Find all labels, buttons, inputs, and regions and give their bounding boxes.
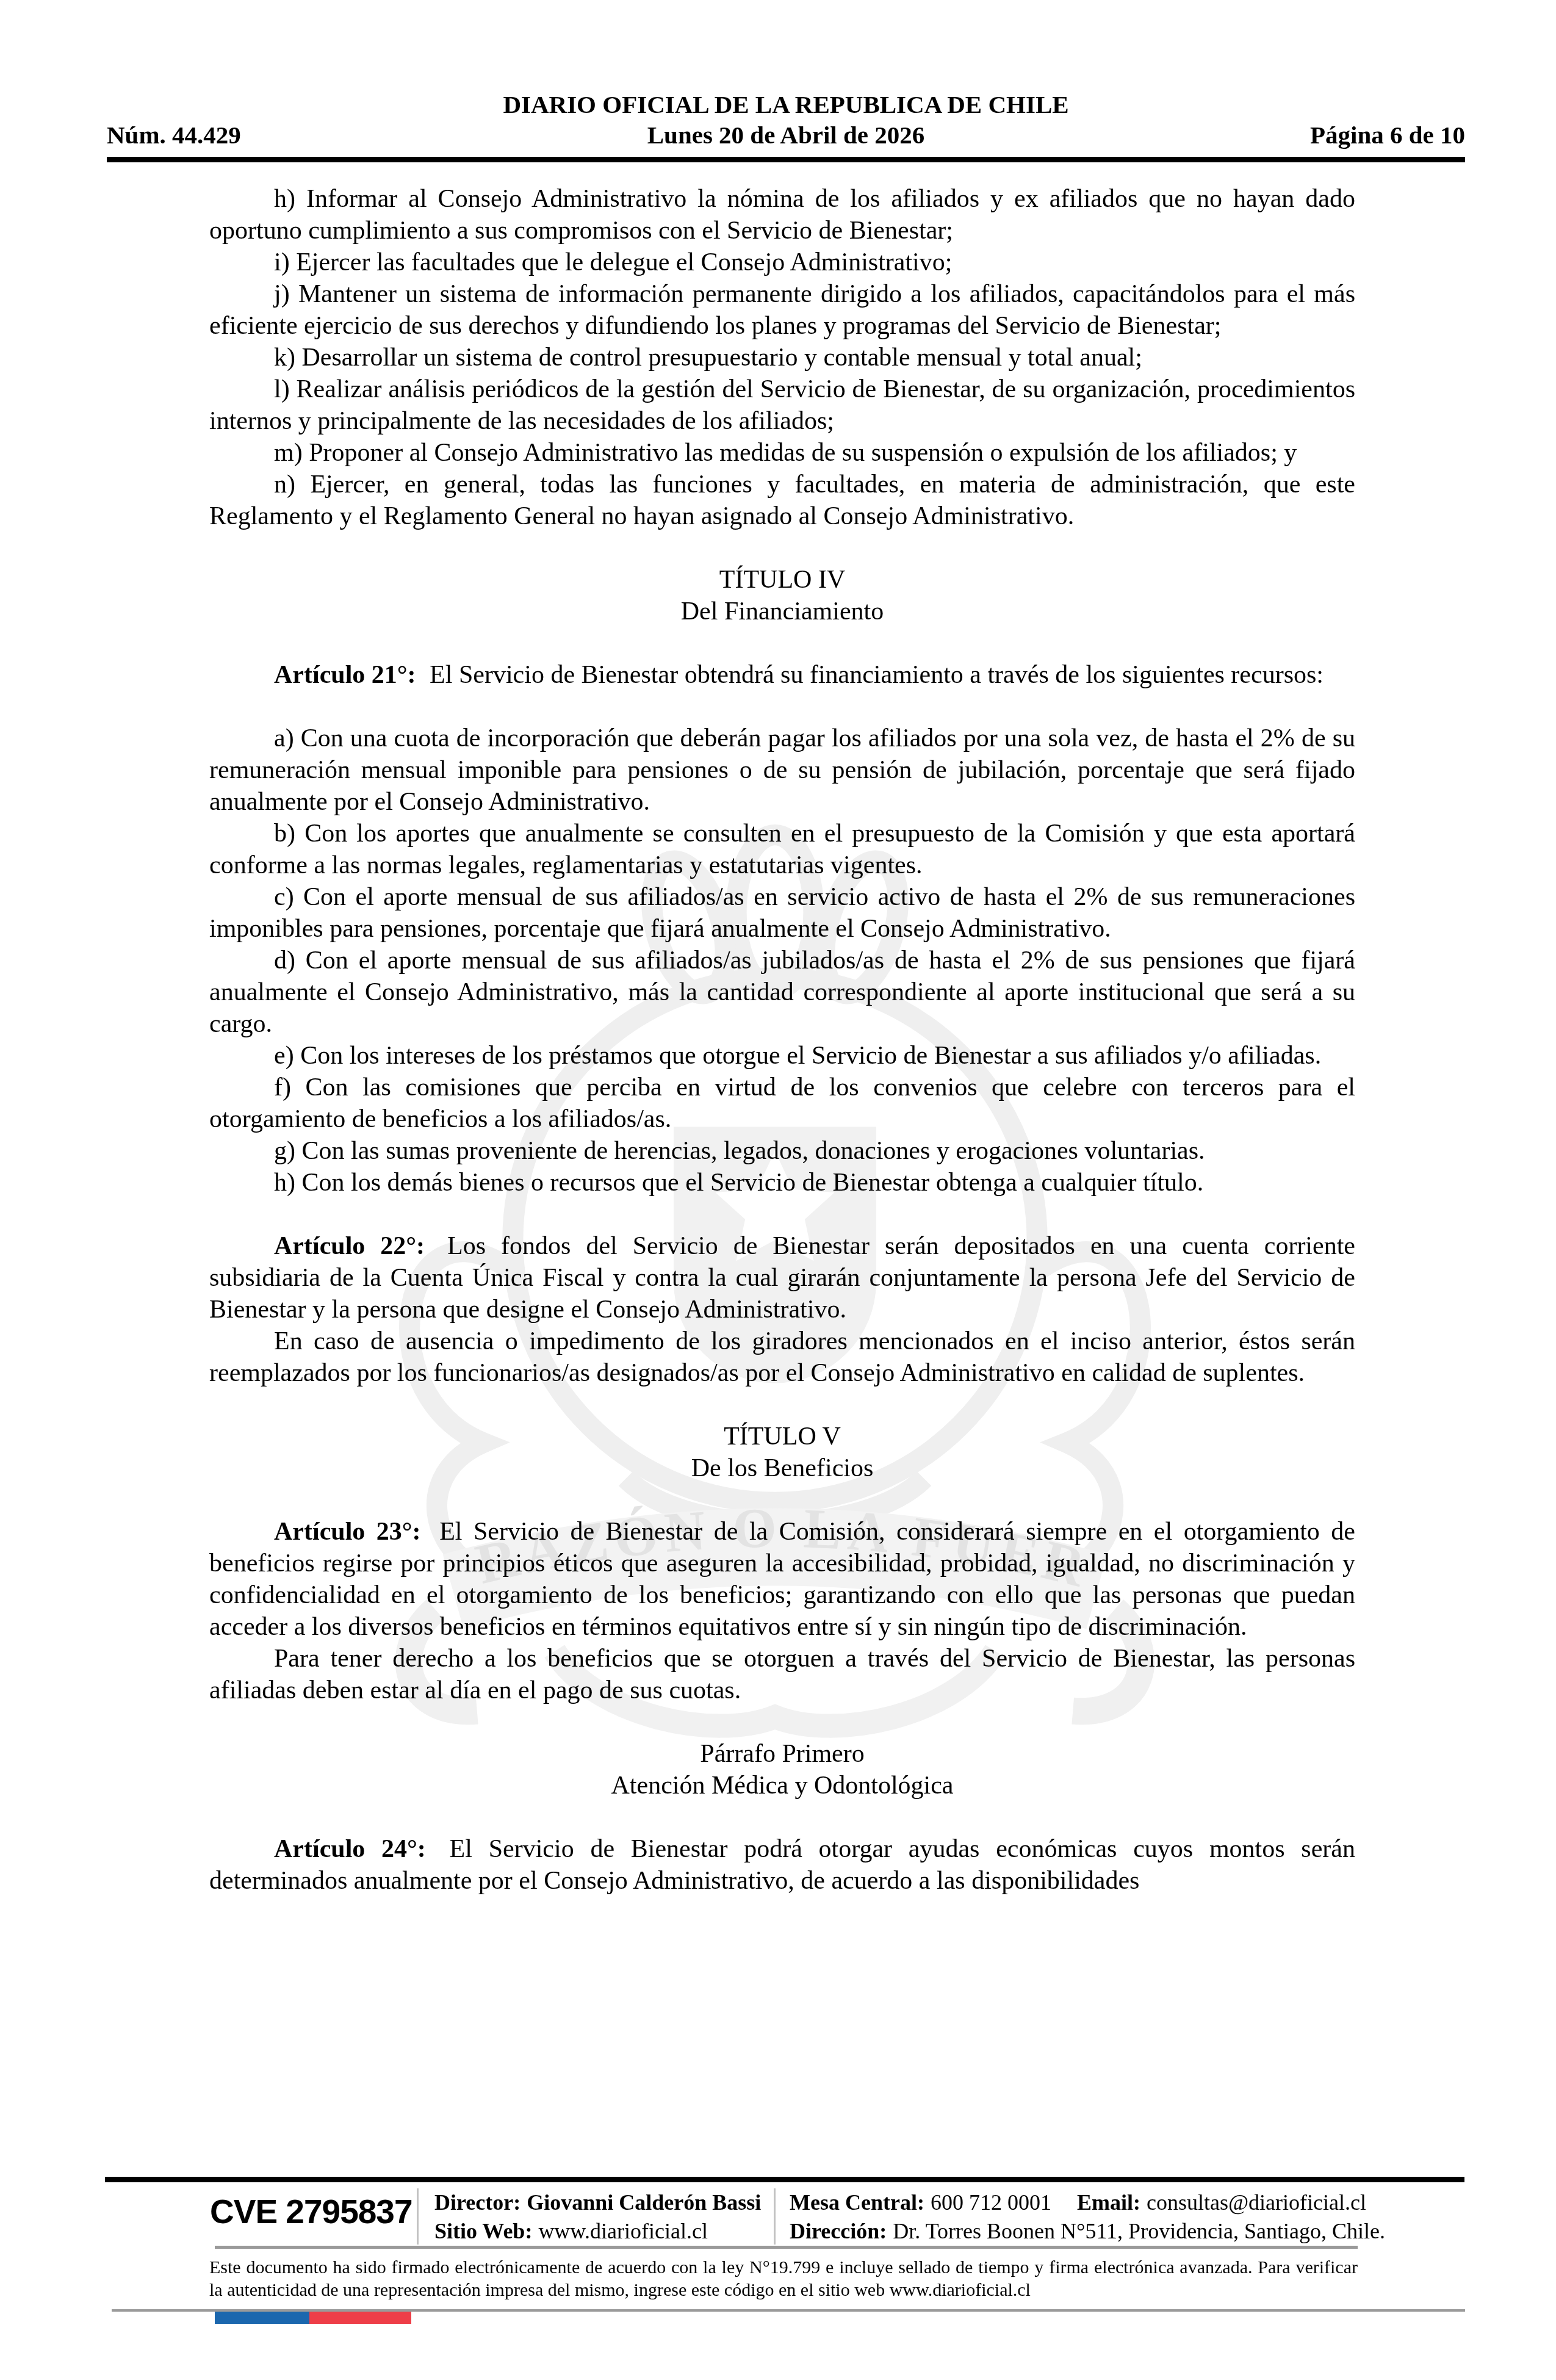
paragraph: n) Ejercer, en general, todas las funcio… [209,469,1355,532]
website-line: Sitio Web:www.diarioficial.cl [434,2217,761,2246]
cve-code: CVE 2795837 [210,2192,412,2231]
address-value: Dr. Torres Boonen N°511, Providencia, Sa… [893,2219,1385,2243]
paragraph: Artículo 24°: El Servicio de Bienestar p… [209,1833,1355,1897]
footer-director-column: Director:Giovanni Calderón Bassi Sitio W… [434,2188,761,2246]
flag-blue [215,2312,309,2324]
paragraph: d) Con el aporte mensual de sus afiliado… [209,945,1355,1040]
section-heading: Párrafo PrimeroAtención Médica y Odontol… [209,1738,1355,1801]
paragraph: m) Proponer al Consejo Administrativo la… [209,437,1355,469]
footer-divider-1 [417,2188,419,2245]
heading-line: TÍTULO V [209,1421,1355,1452]
website-url: www.diarioficial.cl [538,2219,708,2243]
paragraph: j) Mantener un sistema de información pe… [209,278,1355,342]
flag-red [309,2312,411,2324]
director-label: Director: [434,2190,520,2215]
header-meta-row: Núm. 44.429 Lunes 20 de Abril de 2026 Pá… [107,121,1465,149]
page-header: DIARIO OFICIAL DE LA REPUBLICA DE CHILE … [107,90,1465,162]
article-label: Artículo 22°: [274,1232,425,1260]
paragraph: g) Con las sumas proveniente de herencia… [209,1135,1355,1167]
publication-title: DIARIO OFICIAL DE LA REPUBLICA DE CHILE [107,90,1465,118]
paragraph: k) Desarrollar un sistema de control pre… [209,342,1355,373]
paragraph: i) Ejercer las facultades que le delegue… [209,247,1355,278]
paragraph: b) Con los aportes que anualmente se con… [209,818,1355,881]
article-label: Artículo 21°: [274,661,416,689]
section-heading: TÍTULO VDe los Beneficios [209,1421,1355,1484]
heading-line: TÍTULO IV [209,564,1355,596]
page-indicator: Página 6 de 10 [924,121,1465,149]
publication-date: Lunes 20 de Abril de 2026 [647,121,924,149]
phone-number: 600 712 0001 [931,2190,1051,2215]
document-body: h) Informar al Consejo Administrativo la… [209,183,1355,1897]
article-label: Artículo 24°: [274,1835,426,1863]
heading-line: De los Beneficios [209,1452,1355,1484]
document-page: LA RAZÓN O LA FUERZA DIARIO OFICIAL DE L… [0,0,1556,2380]
article-label: Artículo 23°: [274,1518,421,1546]
paragraph: Artículo 21°: El Servicio de Bienestar o… [209,659,1355,691]
website-label: Sitio Web: [434,2219,532,2243]
paragraph: c) Con el aporte mensual de sus afiliado… [209,881,1355,945]
paragraph: Artículo 22°: Los fondos del Servicio de… [209,1230,1355,1325]
paragraph: l) Realizar análisis periódicos de la ge… [209,373,1355,437]
director-name: Giovanni Calderón Bassi [527,2190,761,2215]
heading-line: Párrafo Primero [209,1738,1355,1770]
footer-contact-column: Mesa Central:600 712 0001Email:consultas… [790,2188,1385,2246]
paragraph: En caso de ausencia o impedimento de los… [209,1325,1355,1389]
section-heading: TÍTULO IVDel Financiamiento [209,564,1355,627]
email-address: consultas@diarioficial.cl [1147,2190,1366,2215]
header-rule [107,157,1465,162]
heading-line: Del Financiamiento [209,596,1355,627]
paragraph: e) Con los intereses de los préstamos qu… [209,1040,1355,1072]
issue-number: Núm. 44.429 [107,121,647,149]
footer-divider-2 [774,2188,776,2245]
footer-rule [105,2177,1464,2182]
footer-gray-rule [215,2246,1358,2249]
paragraph: h) Con los demás bienes o recursos que e… [209,1167,1355,1199]
paragraph: h) Informar al Consejo Administrativo la… [209,183,1355,247]
phone-email-line: Mesa Central:600 712 0001Email:consultas… [790,2188,1385,2217]
paragraph: Artículo 23°: El Servicio de Bienestar d… [209,1516,1355,1643]
phone-label: Mesa Central: [790,2190,924,2215]
chile-flag-bar [215,2312,411,2324]
email-label: Email: [1077,2190,1140,2215]
director-line: Director:Giovanni Calderón Bassi [434,2188,761,2217]
address-label: Dirección: [790,2219,887,2243]
address-line: Dirección:Dr. Torres Boonen N°511, Provi… [790,2217,1385,2246]
paragraph: f) Con las comisiones que perciba en vir… [209,1072,1355,1135]
paragraph: Para tener derecho a los beneficios que … [209,1643,1355,1706]
signature-disclaimer: Este documento ha sido firmado electróni… [209,2256,1358,2301]
paragraph: a) Con una cuota de incorporación que de… [209,723,1355,818]
heading-line: Atención Médica y Odontológica [209,1770,1355,1801]
